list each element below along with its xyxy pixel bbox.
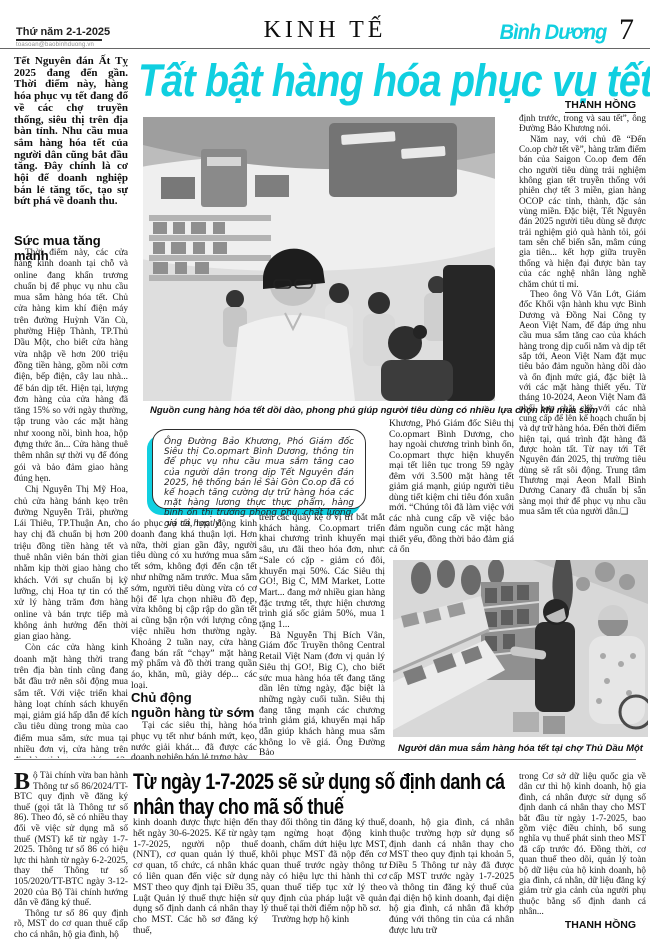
subhead-chu-dong: Chủ động nguồn hàng từ sớm bbox=[131, 691, 257, 720]
article2-headline: Từ ngày 1-7-2025 sẽ sử dụng số định danh… bbox=[133, 769, 509, 819]
byline-text: THANH HỒNG bbox=[565, 919, 636, 931]
article2-column-d: trong Cơ sở dữ liệu quốc gia về dân cư t… bbox=[519, 771, 646, 919]
photo-market-art bbox=[393, 560, 648, 737]
body-column-2a: áo phục vụ tết, hoạt động kinh doanh đan… bbox=[131, 519, 257, 689]
article2-intro-text: ộ Tài chính vừa ban hành Thông tư số 86/… bbox=[14, 771, 128, 908]
masthead-logo: Bình Dương bbox=[499, 21, 606, 45]
article2-intro-para2: Thông tư số 86 quy định rõ, MST do cơ qu… bbox=[14, 909, 128, 941]
article2-column-c: doanh, hộ gia đình, cá nhân thuộc trường… bbox=[389, 818, 514, 950]
body-column-1: Thời điểm này, các cửa hàng kinh doanh t… bbox=[14, 248, 128, 758]
photo-market-caption: Người dân mua sắm hàng hóa tết tại chợ T… bbox=[393, 743, 648, 754]
body-column-5: định trước, trong và sau tết”, ông Đường… bbox=[519, 113, 646, 549]
pull-quote-box: Ông Đường Bảo Khương, Phó Giám đốc Siêu … bbox=[152, 429, 366, 509]
section-divider bbox=[14, 759, 636, 760]
article2-column-a: kinh doanh được thực hiện đến hết ngày 3… bbox=[133, 818, 258, 950]
article2-intro-column: Bộ Tài chính vừa ban hành Thông tư số 86… bbox=[14, 771, 128, 947]
photo-supermarket-art bbox=[143, 117, 495, 401]
newspaper-page: Thứ năm 2-1-2025 toasoan@baobinhduong.vn… bbox=[0, 0, 650, 952]
photo-market bbox=[393, 560, 648, 737]
header-rule bbox=[0, 48, 650, 49]
body-column-2b: Tại các siêu thị, hàng hóa phục vụ tết n… bbox=[131, 721, 257, 759]
article1-byline: THANH HỒNG bbox=[565, 99, 636, 111]
article2-column-b: thay đổi thông tin đăng ký thuế, tạm ngừ… bbox=[261, 818, 387, 950]
byline-text: THANH HỒNG bbox=[565, 99, 636, 113]
drop-cap: B bbox=[14, 771, 33, 792]
article1-lead: Tết Nguyên đán Ất Tỵ 2025 đang đến gần. … bbox=[14, 56, 128, 208]
body-column-4: Khương, Phó Giám đốc Siêu thị Co.opmart … bbox=[389, 419, 514, 559]
article2-byline: THANH HỒNG bbox=[565, 919, 636, 931]
body-column-3: trên các quầy kệ ở vị trí bắt mắt khách … bbox=[259, 513, 385, 759]
page-number: 7 bbox=[619, 13, 634, 47]
photo-supermarket bbox=[143, 117, 495, 401]
